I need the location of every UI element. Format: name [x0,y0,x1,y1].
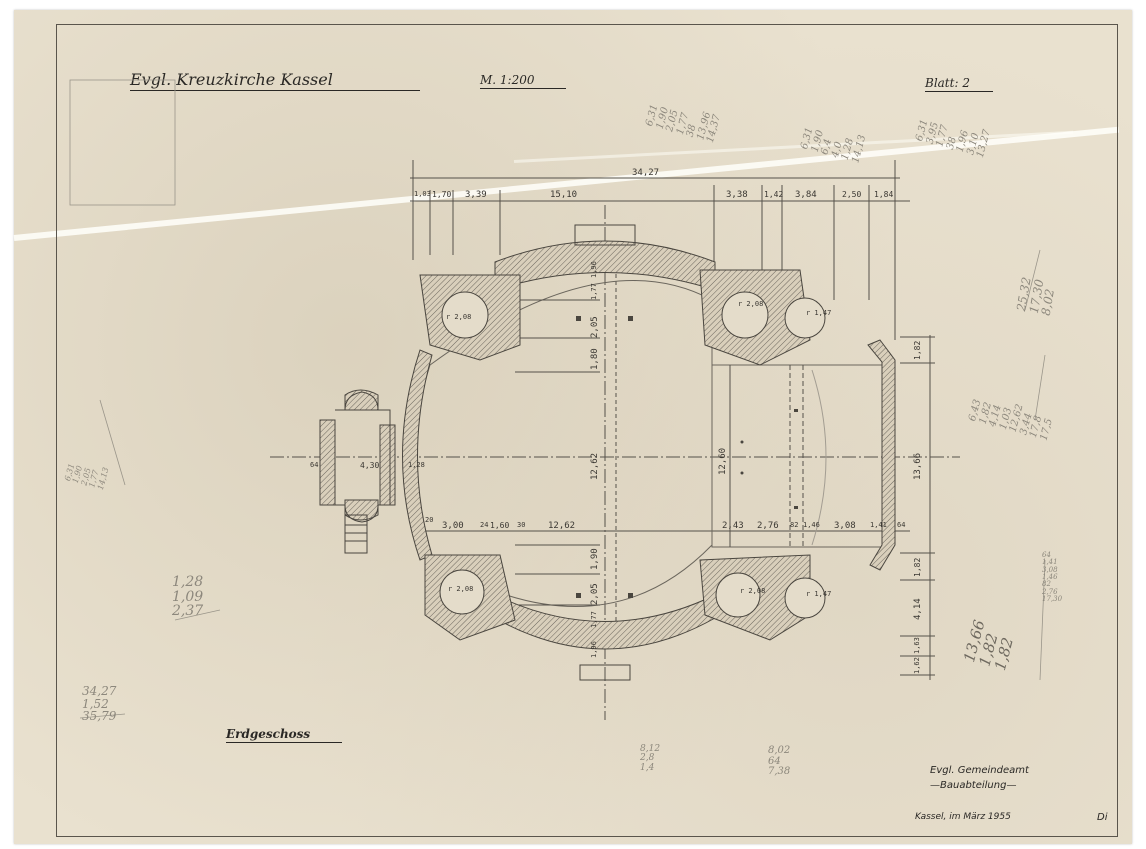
pencil-note-bottom-center-1: 8,12 2,8 1,4 [640,745,660,773]
dim-mid-5: 30 [517,521,525,529]
dim-center-mid: 12,62 [590,453,600,480]
dim-right-3: 1,82 [913,558,922,577]
pencil-note-right-bottom-b: 64 1,41 3,08 1,46 82 2,76 17,30 [1042,552,1062,603]
dim-right-6: 1,62 [913,657,921,674]
dim-top-4: 15,10 [550,190,577,200]
dim-annex-left: 64 [310,461,318,469]
pencil-note-left-bottom-2: 34,27 1,52 35,79 [82,685,116,723]
dim-mid-4: 1,60 [490,521,509,530]
dim-right-2: 13,66 [913,453,923,480]
dim-radius-ne: r 2,08 [738,300,763,308]
pencil-note-left-bottom-1: 1,28 1,09 2,37 [172,575,203,619]
dim-mid-3: 24 [480,521,488,529]
dim-mid-1: 20 [425,516,433,524]
dim-mid-11: 3,08 [834,521,856,531]
dim-overall-width: 34,27 [632,168,659,178]
dim-mid-12: 1,41 [870,521,887,529]
dim-mid-9: 82 [790,521,798,529]
dim-center-bottom-2: 2,05 [590,583,600,605]
dim-tower-ne: r 1,47 [806,309,831,317]
dim-radius-sw: r 2,08 [448,585,473,593]
dim-right-4: 4,14 [913,598,923,620]
dim-center-top-2: 1,77 [590,283,598,300]
dim-top-1: 1,03 [414,190,431,198]
dim-top-9: 1,84 [874,190,893,199]
dim-mid-10: 1,46 [803,521,820,529]
dim-top-5: 3,38 [726,190,748,200]
dim-right-1: 1,82 [913,341,922,360]
dim-radius-nw: r 2,08 [446,313,471,321]
dim-right-5: 1,63 [913,637,921,654]
dim-top-2: 1,70 [432,190,451,199]
dim-top-3: 3,39 [465,190,487,200]
dim-mid-6: 12,62 [548,521,575,531]
pencil-note-bottom-center-2: 8,02 64 7,38 [768,746,790,778]
dim-mid-2: 3,00 [442,521,464,531]
dim-center-top-1: 1,96 [590,261,598,278]
dim-center-top-3: 2,05 [590,316,600,338]
dim-nave-width: 12,60 [718,448,728,475]
pencil-note-right-1: 25,32 17,30 8,02 [1015,276,1058,316]
dim-annex-width: 4,30 [360,461,379,470]
dim-center-bottom-4: 1,96 [590,641,598,658]
dim-mid-7: 2,43 [722,521,744,531]
dim-top-8: 2,50 [842,190,861,199]
dim-annex-right: 1,28 [408,461,425,469]
dim-radius-se: r 2,08 [740,587,765,595]
dim-tower-se: r 1,47 [806,590,831,598]
dim-center-top-4: 1,80 [590,348,600,370]
dim-top-7: 3,84 [795,190,817,200]
dim-center-bottom-3: 1,77 [590,611,598,628]
dim-top-6: 1,42 [764,190,783,199]
dim-center-bottom-1: 1,90 [590,548,600,570]
dim-mid-13: 64 [897,521,905,529]
dim-mid-8: 2,76 [757,521,779,531]
